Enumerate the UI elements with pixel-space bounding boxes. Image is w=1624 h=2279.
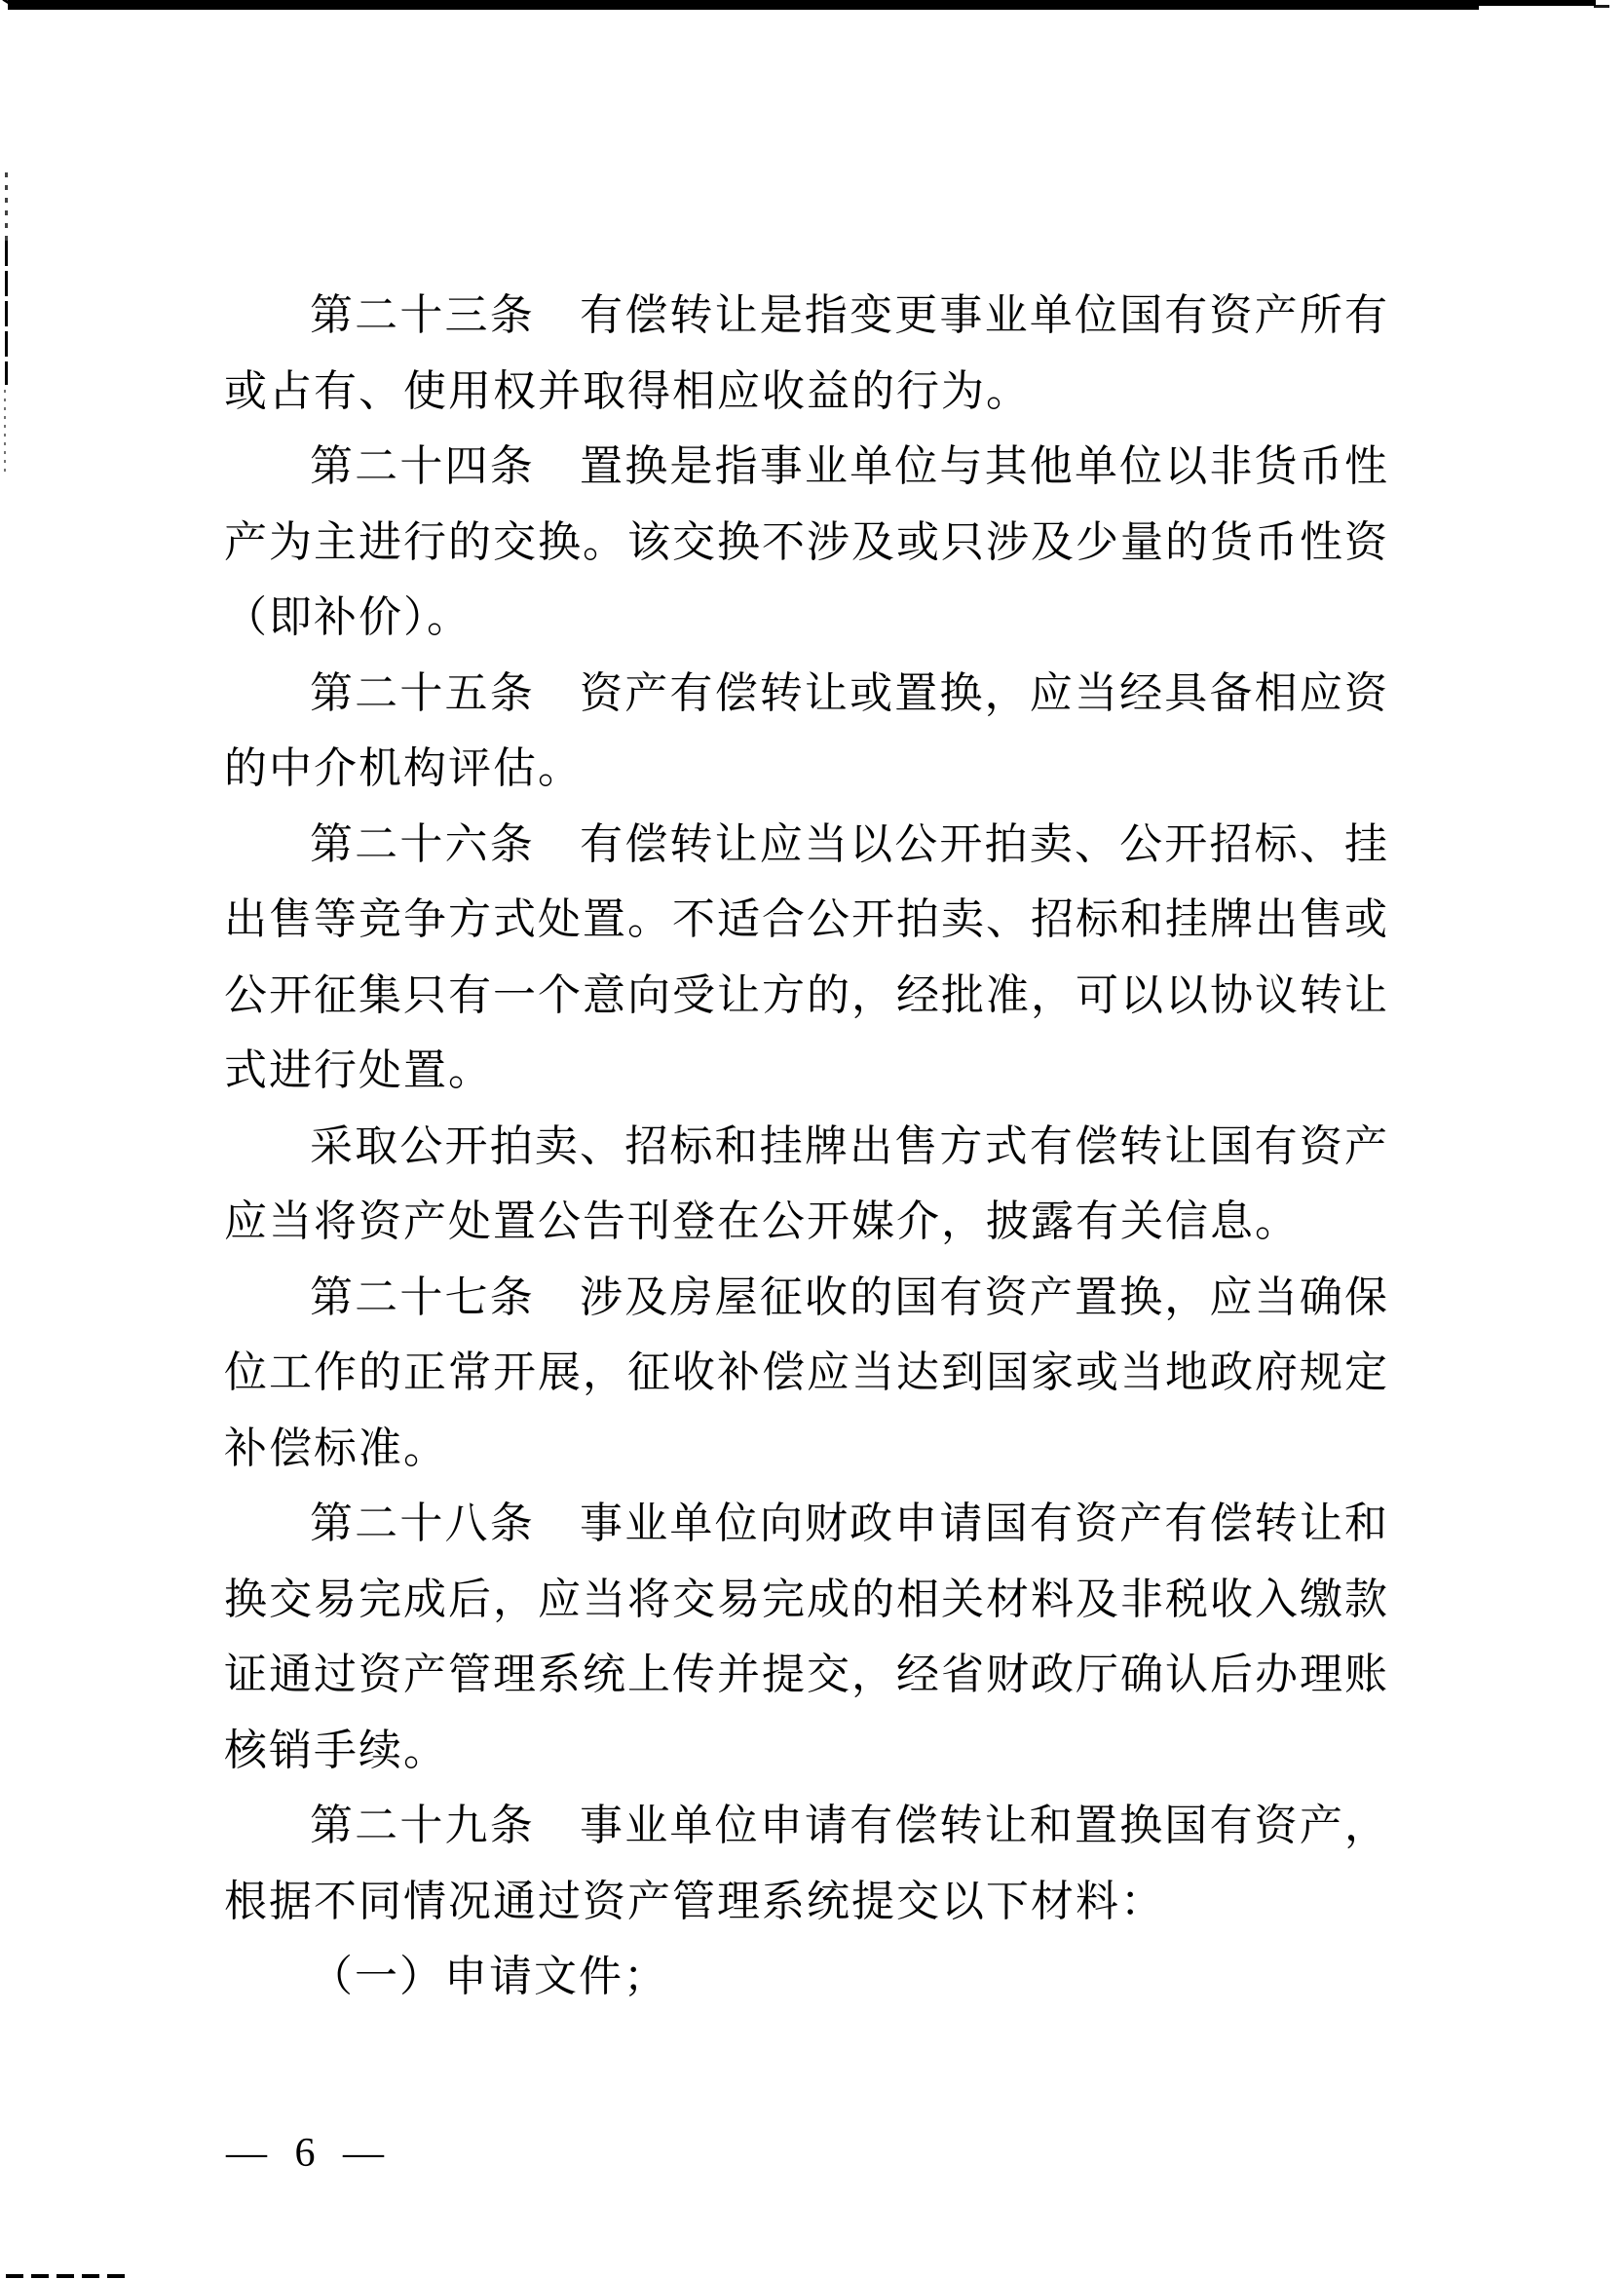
text-line: （一）申请文件； bbox=[224, 1939, 1389, 2015]
text-line: 出售等竞争方式处置。不适合公开拍卖、招标和挂牌出售或经 bbox=[224, 882, 1389, 958]
text-line: 证通过资产管理系统上传并提交，经省财政厅确认后办理账务 bbox=[224, 1637, 1389, 1713]
text-line: 应当将资产处置公告刊登在公开媒介，披露有关信息。 bbox=[224, 1184, 1389, 1260]
text-line: 的中介机构评估。 bbox=[224, 731, 1389, 807]
text-line: 公开征集只有一个意向受让方的，经批准，可以以协议转让方 bbox=[224, 958, 1389, 1034]
scan-artifact-left-line bbox=[5, 241, 8, 385]
text-line: 第二十四条 置换是指事业单位与其他单位以非货币性资 bbox=[224, 429, 1389, 505]
text-line: 补偿标准。 bbox=[224, 1411, 1389, 1487]
text-line: 第二十七条 涉及房屋征收的国有资产置换，应当确保单 bbox=[224, 1260, 1389, 1336]
text-line: 换交易完成后，应当将交易完成的相关材料及非税收入缴款凭 bbox=[224, 1562, 1389, 1638]
text-line: 根据不同情况通过资产管理系统提交以下材料： bbox=[224, 1864, 1389, 1940]
document-text-body: 第二十三条 有偿转让是指变更事业单位国有资产所有权 或占有、使用权并取得相应收益… bbox=[224, 278, 1389, 2015]
text-line: 核销手续。 bbox=[224, 1713, 1389, 1789]
scan-artifact-left-line bbox=[4, 390, 6, 477]
text-line: 第二十三条 有偿转让是指变更事业单位国有资产所有权 bbox=[224, 278, 1389, 354]
text-line: 式进行处置。 bbox=[224, 1033, 1389, 1109]
text-line: 第二十八条 事业单位向财政申请国有资产有偿转让和置 bbox=[224, 1486, 1389, 1562]
text-line: 产为主进行的交换。该交换不涉及或只涉及少量的货币性资金 bbox=[224, 505, 1389, 581]
scan-artifact-bottom-dash bbox=[6, 2274, 127, 2278]
text-line: 或占有、使用权并取得相应收益的行为。 bbox=[224, 354, 1389, 430]
scan-artifact-left-line bbox=[5, 172, 8, 241]
text-line: 第二十六条 有偿转让应当以公开拍卖、公开招标、挂牌 bbox=[224, 807, 1389, 883]
scan-artifact-top-right-speck bbox=[1594, 5, 1609, 8]
scan-artifact-top-bar-lower bbox=[8, 6, 1479, 10]
text-line: 第二十五条 资产有偿转让或置换，应当经具备相应资质 bbox=[224, 656, 1389, 732]
text-line: 位工作的正常开展，征收补偿应当达到国家或当地政府规定的 bbox=[224, 1335, 1389, 1411]
scanned-document-page: 第二十三条 有偿转让是指变更事业单位国有资产所有权 或占有、使用权并取得相应收益… bbox=[0, 0, 1624, 2279]
text-line: （即补价）。 bbox=[224, 580, 1389, 656]
text-line: 第二十九条 事业单位申请有偿转让和置换国有资产，应 bbox=[224, 1788, 1389, 1864]
page-number: — 6 — bbox=[226, 2130, 388, 2177]
text-line: 采取公开拍卖、招标和挂牌出售方式有偿转让国有资产的， bbox=[224, 1109, 1389, 1185]
